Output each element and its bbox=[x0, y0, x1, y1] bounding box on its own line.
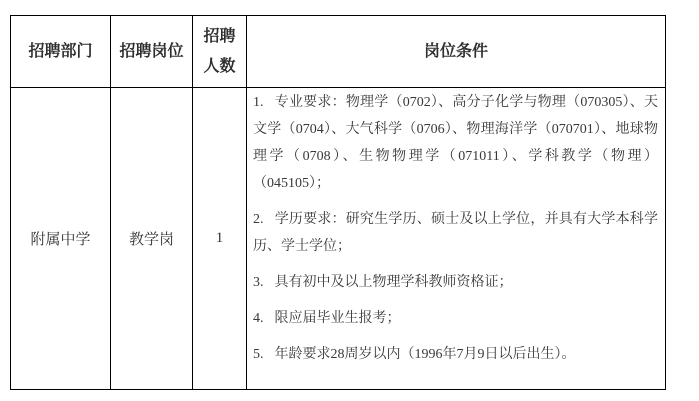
condition-number: 5. bbox=[253, 341, 264, 368]
page: 招聘部门 招聘岗位 招聘人数 岗位条件 附属中学 教学岗 1 1.专业要求：物理… bbox=[0, 0, 699, 401]
condition-item-4: 4.限应届毕业生报考； bbox=[253, 305, 658, 332]
cell-headcount: 1 bbox=[193, 88, 247, 390]
header-headcount: 招聘人数 bbox=[193, 16, 247, 88]
cell-position: 教学岗 bbox=[111, 88, 193, 390]
condition-number: 4. bbox=[253, 305, 264, 332]
condition-number: 3. bbox=[253, 269, 264, 296]
condition-item-5: 5.年龄要求28周岁以内（1996年7月9日以后出生）。 bbox=[253, 341, 658, 368]
recruitment-table: 招聘部门 招聘岗位 招聘人数 岗位条件 附属中学 教学岗 1 1.专业要求：物理… bbox=[10, 15, 666, 390]
header-position: 招聘岗位 bbox=[111, 16, 193, 88]
table-row: 附属中学 教学岗 1 1.专业要求：物理学（0702）、高分子化学与物理（070… bbox=[11, 88, 666, 390]
condition-text: 限应届毕业生报考； bbox=[275, 311, 401, 326]
condition-number: 2. bbox=[253, 206, 264, 233]
cell-conditions: 1.专业要求：物理学（0702）、高分子化学与物理（070305）、天文学（07… bbox=[247, 88, 666, 390]
condition-text: 年龄要求28周岁以内（1996年7月9日以后出生）。 bbox=[275, 347, 576, 362]
condition-number: 1. bbox=[253, 89, 264, 116]
cell-department: 附属中学 bbox=[11, 88, 111, 390]
condition-item-3: 3.具有初中及以上物理学科教师资格证； bbox=[253, 269, 658, 296]
condition-item-2: 2.学历要求：研究生学历、硕士及以上学位，并具有大学本科学历、学士学位； bbox=[253, 206, 658, 260]
condition-item-1: 1.专业要求：物理学（0702）、高分子化学与物理（070305）、天文学（07… bbox=[253, 89, 658, 197]
header-department: 招聘部门 bbox=[11, 16, 111, 88]
header-conditions: 岗位条件 bbox=[247, 16, 666, 88]
condition-text: 学历要求：研究生学历、硕士及以上学位，并具有大学本科学历、学士学位； bbox=[253, 212, 658, 254]
condition-text: 专业要求：物理学（0702）、高分子化学与物理（070305）、天文学（0704… bbox=[253, 95, 658, 191]
condition-text: 具有初中及以上物理学科教师资格证； bbox=[275, 275, 513, 290]
table-header-row: 招聘部门 招聘岗位 招聘人数 岗位条件 bbox=[11, 16, 666, 88]
